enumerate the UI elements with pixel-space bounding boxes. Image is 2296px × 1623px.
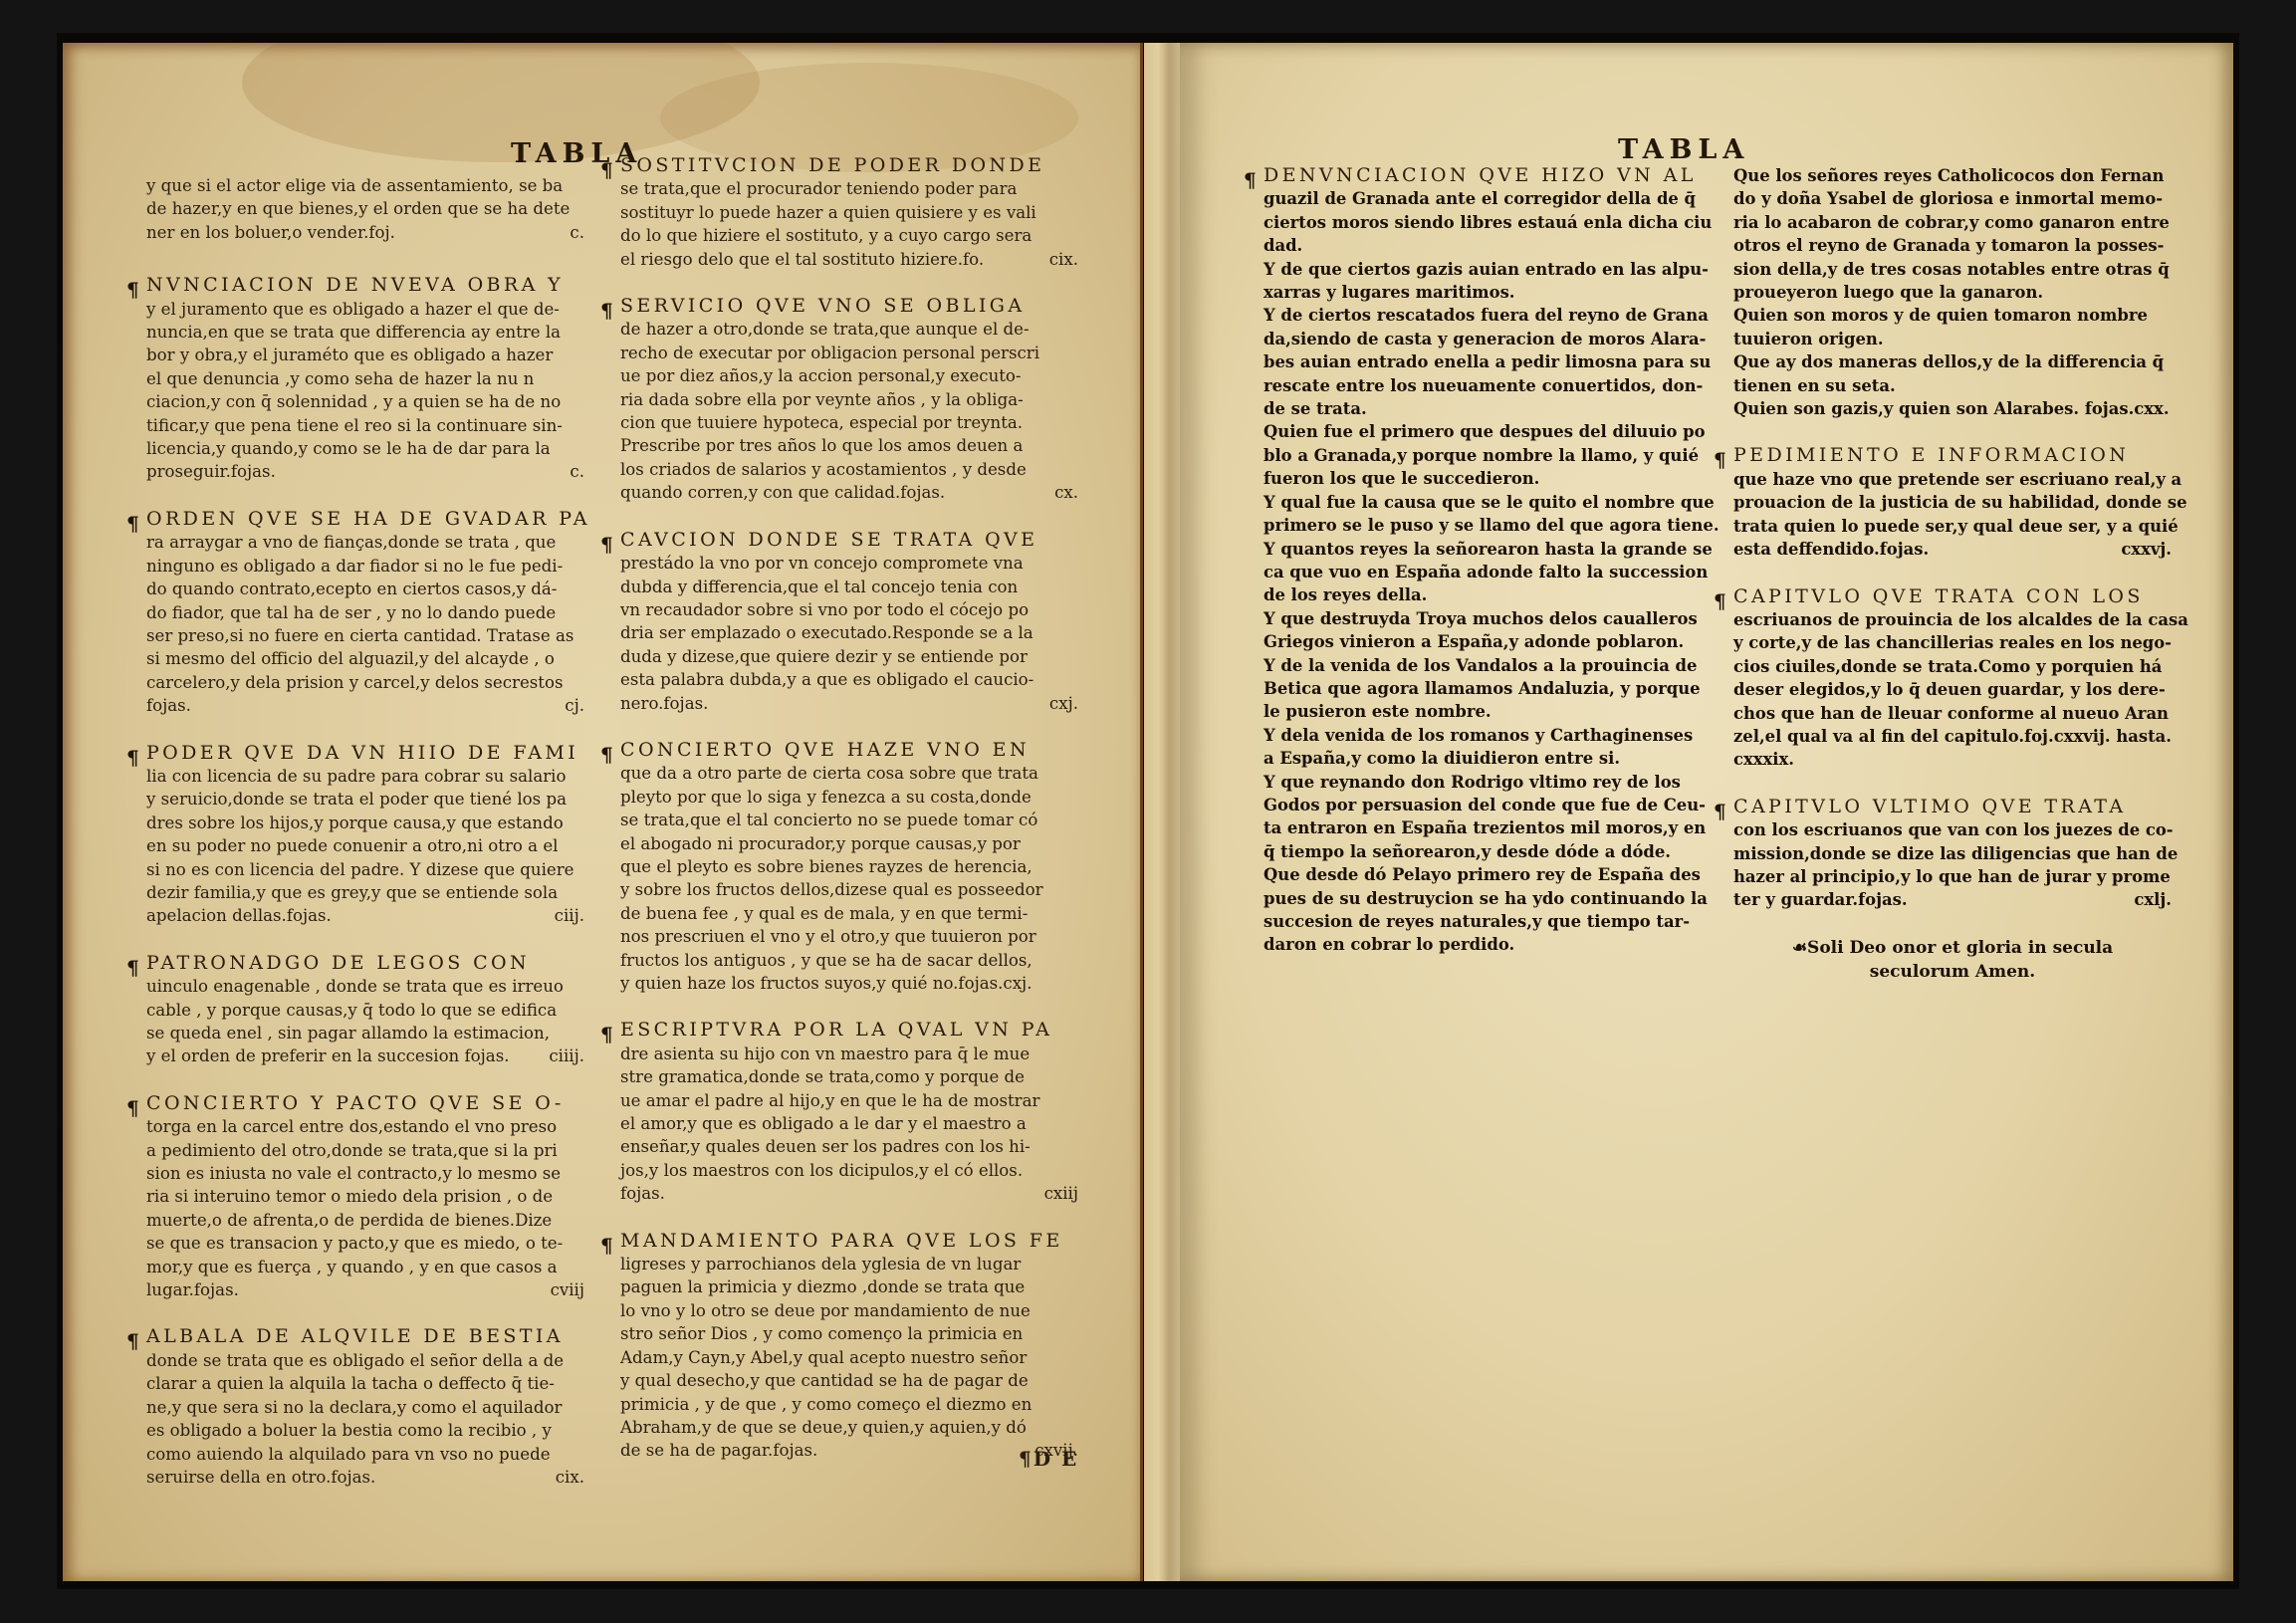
entry-line: es obligado a boluer la bestia como la r… xyxy=(146,1419,584,1442)
entry-line: y sobre los fructos dellos,dizese qual e… xyxy=(620,878,1078,901)
right-column-2: Que los señores reyes Catholicocos don F… xyxy=(1733,164,2172,984)
index-entry: ¶CAPITVLO VLTIMO QVE TRATAcon los escriu… xyxy=(1733,796,2172,912)
entry-line: si no es con licencia del padre. Y dizes… xyxy=(146,858,584,881)
continuation-entry: y que si el actor elige via de assentami… xyxy=(146,174,584,244)
entry-line: dres sobre los hijos,y porque causa,y qu… xyxy=(146,811,584,834)
entry-line: Griegos vinieron a España,y adonde pobla… xyxy=(1263,630,1702,653)
entry-line: recho de executar por obligacion persona… xyxy=(620,342,1078,364)
entry-line: ue amar el padre al hijo,y en que le ha … xyxy=(620,1089,1078,1112)
index-entry: ¶PODER QVE DA VN HIIO DE FAMIlia con lic… xyxy=(146,742,584,928)
entry-heading: MANDAMIENTO PARA QVE LOS FE xyxy=(620,1230,1078,1253)
entry-line: ria lo acabaron de cobrar,y como ganaron… xyxy=(1733,211,2172,234)
entry-line: el que denuncia ,y como seha de hazer la… xyxy=(146,367,584,390)
entry-line: Prescribe por tres años lo que los amos … xyxy=(620,434,1078,457)
left-column-1: y que si el actor elige via de assentami… xyxy=(146,174,584,1512)
entry-line: do quando contrato,ecepto en ciertos cas… xyxy=(146,578,584,600)
entry-line: y corte,y de las chancillerias reales en… xyxy=(1733,631,2172,654)
entry-line: nuncia,en que se trata que differencia a… xyxy=(146,321,584,344)
folio-number: cix. xyxy=(556,1466,584,1489)
entry-line: do lo que hiziere el sostituto, y a cuyo… xyxy=(620,224,1078,247)
entry-line: muerte,o de afrenta,o de perdida de bien… xyxy=(146,1209,584,1232)
right-page: TABLA ¶DENVNCIACION QVE HIZO VN ALguazil… xyxy=(1180,43,2233,1581)
entry-line: pues de su destruycion se ha ydo continu… xyxy=(1263,887,1702,910)
paragraph-mark-icon: ¶ xyxy=(1244,169,1257,192)
entry-line: el riesgo delo que el tal sostituto hizi… xyxy=(620,248,1078,271)
folio-number: ciiij. xyxy=(549,1044,584,1067)
entry-line: se trata,que el procurador teniendo pode… xyxy=(620,177,1078,200)
entry-line: Adam,y Cayn,y Abel,y qual acepto nuestro… xyxy=(620,1346,1078,1369)
entry-line: nero.fojas. xyxy=(620,692,1078,715)
entry-line: trata quien lo puede ser,y qual deue ser… xyxy=(1733,515,2172,538)
entry-heading: CAPITVLO VLTIMO QVE TRATA xyxy=(1733,796,2172,818)
entry-line: vn recaudador sobre si vno por todo el c… xyxy=(620,598,1078,621)
index-entry: ¶CAPITVLO QVE TRATA CON LOSescriuanos de… xyxy=(1733,585,2172,772)
folio-number: cxj. xyxy=(1049,692,1078,715)
entry-line: dezir familia,y que es grey,y que se ent… xyxy=(146,881,584,904)
entry-line: Que desde dó Pelayo primero rey de Españ… xyxy=(1263,863,1702,886)
colophon-line: ☙Soli Deo onor et gloria in secula xyxy=(1733,936,2172,960)
entry-line: que da a otro parte de cierta cosa sobre… xyxy=(620,762,1078,785)
paragraph-mark-icon: ¶ xyxy=(600,1235,613,1258)
index-entry: ¶CONCIERTO QVE HAZE VNO ENque da a otro … xyxy=(620,739,1078,995)
entry-line: fueron los que le succedieron. xyxy=(1263,467,1702,490)
paragraph-mark-icon: ¶ xyxy=(600,534,613,557)
entry-line: que el pleyto es sobre bienes rayzes de … xyxy=(620,855,1078,878)
index-entry: ¶SERVICIO QVE VNO SE OBLIGAde hazer a ot… xyxy=(620,295,1078,505)
entry-line: paguen la primicia y diezmo ,donde se tr… xyxy=(620,1275,1078,1298)
entry-line: licencia,y quando,y como se le ha de dar… xyxy=(146,437,584,460)
index-entry: ¶ESCRIPTVRA POR LA QVAL VN PAdre asienta… xyxy=(620,1019,1078,1205)
entry-line: ligreses y parrochianos dela yglesia de … xyxy=(620,1253,1078,1275)
entry-line: el abogado ni procurador,y porque causas… xyxy=(620,832,1078,855)
entry-list: ¶PEDIMIENTO E INFORMACIONque haze vno qu… xyxy=(1733,444,2172,911)
entry-line: de los reyes della. xyxy=(1263,583,1702,606)
entry-line: ciacion,y con q̄ solennidad , y a quien … xyxy=(146,390,584,413)
entry-line: que haze vno que pretende ser escriuano … xyxy=(1733,468,2172,491)
folio-number: cj. xyxy=(565,694,584,717)
index-entry: ¶MANDAMIENTO PARA QVE LOS FEligreses y p… xyxy=(620,1230,1078,1463)
entry-heading: ESCRIPTVRA POR LA QVAL VN PA xyxy=(620,1019,1078,1042)
paragraph-mark-icon: ¶ xyxy=(126,1097,139,1120)
entry-line: donde se trata que es obligado el señor … xyxy=(146,1349,584,1372)
entry-list: ¶SOSTITVCION DE PODER DONDEse trata,que … xyxy=(620,154,1078,1463)
entry-line: y qual desecho,y que cantidad se ha de p… xyxy=(620,1369,1078,1392)
index-entry: ¶ORDEN QVE SE HA DE GVADAR PAra arraygar… xyxy=(146,508,584,718)
left-column-2: ¶SOSTITVCION DE PODER DONDEse trata,que … xyxy=(620,154,1078,1487)
entry-line: le pusieron este nombre. xyxy=(1263,700,1702,723)
entry-line: Y quantos reyes la señorearon hasta la g… xyxy=(1263,538,1702,561)
paragraph-mark-icon: ¶ xyxy=(1714,801,1726,823)
entry-line: Quien fue el primero que despues del dil… xyxy=(1263,420,1702,443)
entry-line: ca que vuo en España adonde falto la suc… xyxy=(1263,561,1702,583)
paragraph-mark-icon: ¶ xyxy=(126,957,139,980)
entry-line: tienen en su seta. xyxy=(1733,374,2172,397)
entry-heading: DENVNCIACION QVE HIZO VN AL xyxy=(1263,164,1702,187)
entry-heading: PEDIMIENTO E INFORMACION xyxy=(1733,444,2172,467)
entry-line: jos,y los maestros con los dicipulos,y e… xyxy=(620,1159,1078,1182)
document-viewer: TABLA y que si el actor elige via de ass… xyxy=(0,0,2296,1623)
entry-line: uinculo enagenable , donde se trata que … xyxy=(146,975,584,998)
index-entry: ¶CAVCION DONDE SE TRATA QVEprestádo la v… xyxy=(620,529,1078,715)
folio-number: c. xyxy=(570,460,584,483)
entry-heading: NVNCIACION DE NVEVA OBRA Y xyxy=(146,274,584,297)
folio-number: c. xyxy=(570,221,584,244)
entry-line: do fiador, que tal ha de ser , y no lo d… xyxy=(146,601,584,624)
entry-line: Quien son moros y de quien tomaron nombr… xyxy=(1733,304,2172,327)
entry-line: seruirse della en otro.fojas. xyxy=(146,1466,584,1489)
paragraph-mark-icon: ¶ xyxy=(600,1024,613,1046)
left-page: TABLA y que si el actor elige via de ass… xyxy=(63,43,1143,1581)
folio-number: cix. xyxy=(1049,248,1078,271)
entry-line: se queda enel , sin pagar allamdo la est… xyxy=(146,1022,584,1044)
entry-line: cxxxix. xyxy=(1733,748,2172,771)
entry-line: pleyto por que lo siga y fenezca a su co… xyxy=(620,786,1078,809)
entry-line: con los escriuanos que van con los jueze… xyxy=(1733,818,2172,841)
entry-heading: CAVCION DONDE SE TRATA QVE xyxy=(620,529,1078,552)
entry-line: primero se le puso y se llamo del que ag… xyxy=(1263,514,1702,537)
entry-line: ta entraron en España trezientos mil mor… xyxy=(1263,816,1702,839)
entry-line: si mesmo del officio del alguazil,y del … xyxy=(146,647,584,670)
entry-line: Y de la venida de los Vandalos a la prou… xyxy=(1263,654,1702,677)
index-entry: ¶ALBALA DE ALQVILE DE BESTIAdonde se tra… xyxy=(146,1325,584,1489)
entry-list: ¶NVNCIACION DE NVEVA OBRA Yy el jurament… xyxy=(146,274,584,1489)
entry-line: hazer al principio,y lo que han de jurar… xyxy=(1733,865,2172,888)
entry-line: proueyeron luego que la ganaron. xyxy=(1733,281,2172,304)
entry-line: tificar,y que pena tiene el reo si la co… xyxy=(146,414,584,437)
entry-heading: SOSTITVCION DE PODER DONDE xyxy=(620,154,1078,177)
entry-line: cable , y porque causas,y q̄ todo lo que… xyxy=(146,999,584,1022)
entry-line: ue por diez años,y la accion personal,y … xyxy=(620,364,1078,387)
paragraph-mark-icon: ¶ xyxy=(1714,590,1726,613)
entry-line: sion della,y de tres cosas notables entr… xyxy=(1733,258,2172,281)
entry-line: y quien haze los fructos suyos,y quié no… xyxy=(620,972,1078,995)
entry-heading: PODER QVE DA VN HIIO DE FAMI xyxy=(146,742,584,765)
entry-line: mor,y que es fuerça , y quando , y en qu… xyxy=(146,1256,584,1278)
entry-line: como auiendo la alquilado para vn vso no… xyxy=(146,1443,584,1466)
entry-line: Betica que agora llamamos Andaluzia, y p… xyxy=(1263,677,1702,700)
entry-line: carcelero,y dela prision y carcel,y delo… xyxy=(146,671,584,694)
entry-line: y el juramento que es obligado a hazer e… xyxy=(146,298,584,321)
paragraph-mark-icon: ¶ xyxy=(126,279,139,302)
entry-heading: CAPITVLO QVE TRATA CON LOS xyxy=(1733,585,2172,608)
entry-heading: SERVICIO QVE VNO SE OBLIGA xyxy=(620,295,1078,318)
entry-line: succesion de reyes naturales,y que tiemp… xyxy=(1263,910,1702,933)
continuation-entry: Que los señores reyes Catholicocos don F… xyxy=(1733,164,2172,420)
entry-line: ner en los boluer,o vender.foj. xyxy=(146,221,584,244)
entry-line: fojas. xyxy=(620,1182,1078,1205)
index-entry: ¶PATRONADGO DE LEGOS CONuinculo enagenab… xyxy=(146,952,584,1068)
entry-line: dubda y differencia,que el tal concejo t… xyxy=(620,576,1078,598)
colophon-line: seculorum Amen. xyxy=(1733,960,2172,984)
entry-line: Y dela venida de los romanos y Carthagin… xyxy=(1263,724,1702,747)
entry-line: nos prescriuen el vno y el otro,y que tu… xyxy=(620,925,1078,948)
entry-line: sostituyr lo puede hazer a quien quisier… xyxy=(620,201,1078,224)
index-entry: ¶CONCIERTO Y PACTO QVE SE O-torga en la … xyxy=(146,1092,584,1302)
folio-number: cviij xyxy=(551,1278,584,1301)
entry-line: apelacion dellas.fojas. xyxy=(146,904,584,927)
entry-line: se que es transacion y pacto,y que es mi… xyxy=(146,1232,584,1255)
entry-line: stre gramatica,donde se trata,como y por… xyxy=(620,1065,1078,1088)
entry-line: Godos por persuasion del conde que fue d… xyxy=(1263,794,1702,816)
index-entry: ¶SOSTITVCION DE PODER DONDEse trata,que … xyxy=(620,154,1078,271)
entry-line: esta deffendido.fojas. xyxy=(1733,538,2172,561)
entry-line: daron en cobrar lo perdido. xyxy=(1263,933,1702,956)
entry-line: Y de que ciertos gazis auian entrado en … xyxy=(1263,258,1702,281)
entry-line: dria ser emplazado o executado.Responde … xyxy=(620,621,1078,644)
entry-line: Que ay dos maneras dellos,y de la differ… xyxy=(1733,350,2172,373)
paragraph-mark-icon: ¶ xyxy=(1714,449,1726,472)
entry-line: a pedimiento del otro,donde se trata,que… xyxy=(146,1139,584,1162)
entry-line: el amor,y que es obligado a le dar y el … xyxy=(620,1112,1078,1135)
entry-line: tuuieron origen. xyxy=(1733,328,2172,350)
entry-line: lo vno y lo otro se deue por mandamiento… xyxy=(620,1299,1078,1322)
colophon: ☙Soli Deo onor et gloria in secula secul… xyxy=(1733,936,2172,984)
entry-line: zel,el qual va al fin del capitulo.foj.c… xyxy=(1733,725,2172,748)
entry-line: ne,y que sera si no la declara,y como el… xyxy=(146,1396,584,1419)
entry-line: Y qual fue la causa que se le quito el n… xyxy=(1263,491,1702,514)
paragraph-mark-icon: ¶ xyxy=(126,1330,139,1353)
paragraph-mark-icon: ¶ xyxy=(600,300,613,323)
entry-line: cios ciuiles,donde se trata.Como y porqu… xyxy=(1733,655,2172,678)
entry-line: esta palabra dubda,y a que es obligado e… xyxy=(620,668,1078,691)
entry-line: y seruicio,donde se trata el poder que t… xyxy=(146,788,584,811)
catchword: ¶D E xyxy=(1019,1447,1078,1471)
entry-line: mission,donde se dize las diligencias qu… xyxy=(1733,842,2172,865)
folio-number: cxiij xyxy=(1044,1182,1078,1205)
entry-line: en su poder no puede conuenir a otro,ni … xyxy=(146,834,584,857)
entry-line: da,siendo de casta y generacion de moros… xyxy=(1263,328,1702,350)
entry-line: prouacion de la justicia de su habilidad… xyxy=(1733,491,2172,514)
folio-number: cxlj. xyxy=(2134,888,2172,911)
paragraph-mark-icon: ¶ xyxy=(600,744,613,767)
entry-line: Y que destruyda Troya muchos delos caual… xyxy=(1263,607,1702,630)
book-spread: TABLA y que si el actor elige via de ass… xyxy=(57,33,2239,1589)
entry-line: xarras y lugares maritimos. xyxy=(1263,281,1702,304)
gutter xyxy=(1144,43,1180,1581)
entry-line: ser preso,si no fuere en cierta cantidad… xyxy=(146,624,584,647)
entry-line: lia con licencia de su padre para cobrar… xyxy=(146,765,584,788)
entry-line: stro señor Dios , y como començo la prim… xyxy=(620,1322,1078,1345)
entry-line: de buena fee , y qual es de mala, y en q… xyxy=(620,902,1078,925)
entry-line: lugar.fojas. xyxy=(146,1278,584,1301)
index-entry: ¶DENVNCIACION QVE HIZO VN ALguazil de Gr… xyxy=(1263,164,1702,957)
entry-line: duda y dizese,que quiere dezir y se enti… xyxy=(620,645,1078,668)
entry-line: Que los señores reyes Catholicocos don F… xyxy=(1733,164,2172,187)
entry-line: de hazer,y en que bienes,y el orden que … xyxy=(146,197,584,220)
entry-line: guazil de Granada ante el corregidor del… xyxy=(1263,187,1702,210)
index-entry: ¶PEDIMIENTO E INFORMACIONque haze vno qu… xyxy=(1733,444,2172,561)
entry-line: de se ha de pagar.fojas. xyxy=(620,1439,1078,1462)
entry-heading: CONCIERTO Y PACTO QVE SE O- xyxy=(146,1092,584,1115)
entry-line: de se trata. xyxy=(1263,397,1702,420)
entry-line: bor y obra,y el juraméto que es obligado… xyxy=(146,344,584,366)
entry-line: a España,y como la diuidieron entre si. xyxy=(1263,747,1702,770)
entry-line: primicia , y de que , y como começo el d… xyxy=(620,1393,1078,1416)
entry-line: y que si el actor elige via de assentami… xyxy=(146,174,584,197)
entry-line: Y que reynando don Rodrigo vltimo rey de… xyxy=(1263,771,1702,794)
index-entry: ¶NVNCIACION DE NVEVA OBRA Yy el jurament… xyxy=(146,274,584,484)
entry-line: deser elegidos,y lo q̄ deuen guardar, y … xyxy=(1733,678,2172,701)
entry-line: clarar a quien la alquila la tacha o def… xyxy=(146,1372,584,1395)
entry-line: enseñar,y quales deuen ser los padres co… xyxy=(620,1135,1078,1158)
running-head: TABLA xyxy=(1618,134,1749,165)
paragraph-mark-icon: ¶ xyxy=(126,513,139,536)
entry-line: Quien son gazis,y quien son Alarabes. fo… xyxy=(1733,397,2172,420)
entry-line: Abraham,y de que se deue,y quien,y aquie… xyxy=(620,1416,1078,1439)
paragraph-mark-icon: ¶ xyxy=(600,159,613,182)
entry-line: fojas. xyxy=(146,694,584,717)
entry-line: escriuanos de prouincia de los alcaldes … xyxy=(1733,608,2172,631)
entry-line: y el orden de preferir en la succesion f… xyxy=(146,1044,584,1067)
entry-line: ter y guardar.fojas. xyxy=(1733,888,2172,911)
water-stain xyxy=(242,43,760,162)
entry-line: cion que tuuiere hypoteca, especial por … xyxy=(620,411,1078,434)
entry-line: de hazer a otro,donde se trata,que aunqu… xyxy=(620,318,1078,341)
paragraph-mark-icon: ¶ xyxy=(126,747,139,770)
entry-line: otros el reyno de Granada y tomaron la p… xyxy=(1733,234,2172,257)
entry-line: sion es iniusta no vale el contracto,y l… xyxy=(146,1162,584,1185)
entry-line: ninguno es obligado a dar fiador si no l… xyxy=(146,555,584,578)
entry-line: ria dada sobre ella por veynte años , y … xyxy=(620,388,1078,411)
entry-line: do y doña Ysabel de gloriosa e inmortal … xyxy=(1733,187,2172,210)
entry-list: ¶DENVNCIACION QVE HIZO VN ALguazil de Gr… xyxy=(1263,164,1702,957)
entry-line: se trata,que el tal concierto no se pued… xyxy=(620,809,1078,831)
entry-line: q̄ tiempo la señorearon,y desde dóde a d… xyxy=(1263,840,1702,863)
entry-line: dre asienta su hijo con vn maestro para … xyxy=(620,1043,1078,1065)
entry-line: quando corren,y con que calidad.fojas. xyxy=(620,481,1078,504)
entry-heading: CONCIERTO QVE HAZE VNO EN xyxy=(620,739,1078,762)
folio-number: cxxvj. xyxy=(2121,538,2172,561)
folio-number: ciij. xyxy=(555,904,584,927)
entry-line: proseguir.fojas. xyxy=(146,460,584,483)
entry-heading: ORDEN QVE SE HA DE GVADAR PA xyxy=(146,508,584,531)
entry-line: bes auian entrado enella a pedir limosna… xyxy=(1263,350,1702,373)
entry-line: los criados de salarios y acostamientos … xyxy=(620,458,1078,481)
entry-line: chos que han de lleuar conforme al nueuo… xyxy=(1733,702,2172,725)
entry-line: Y de ciertos rescatados fuera del reyno … xyxy=(1263,304,1702,327)
entry-line: fructos los antiguos , y que se ha de sa… xyxy=(620,949,1078,972)
entry-line: torga en la carcel entre dos,estando el … xyxy=(146,1115,584,1138)
entry-line: rescate entre los nueuamente conuertidos… xyxy=(1263,374,1702,397)
entry-line: ria si interuino temor o miedo dela pris… xyxy=(146,1185,584,1208)
entry-line: ra arraygar a vno de fianças,donde se tr… xyxy=(146,531,584,554)
entry-heading: ALBALA DE ALQVILE DE BESTIA xyxy=(146,1325,584,1348)
entry-line: ciertos moros siendo libres estauá enla … xyxy=(1263,211,1702,234)
entry-line: blo a Granada,y porque nombre la llamo, … xyxy=(1263,444,1702,467)
entry-line: dad. xyxy=(1263,234,1702,257)
entry-heading: PATRONADGO DE LEGOS CON xyxy=(146,952,584,975)
entry-line: prestádo la vno por vn concejo compromet… xyxy=(620,552,1078,575)
right-column-1: ¶DENVNCIACION QVE HIZO VN ALguazil de Gr… xyxy=(1263,164,1702,981)
folio-number: cx. xyxy=(1054,481,1078,504)
